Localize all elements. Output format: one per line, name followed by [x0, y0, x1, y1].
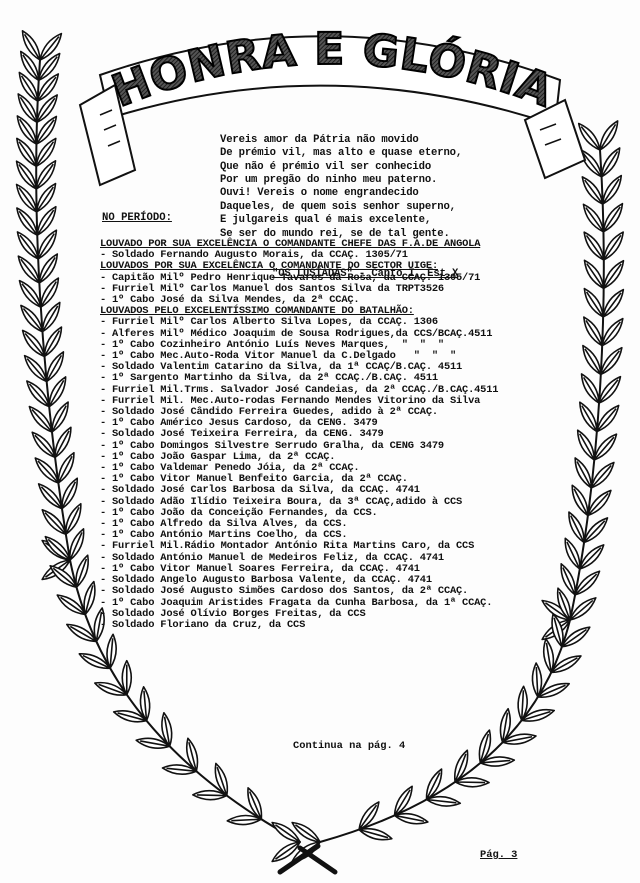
poem-line: De prémio vil, mas alto e quase eterno,	[220, 147, 462, 160]
list-item-text: Soldado Angelo Augusto Barbosa Valente, …	[112, 574, 432, 586]
list-item-text: Soldado José Cândido Ferreira Guedes, ad…	[112, 406, 438, 418]
list-item-text: 1º Cabo João Gaspar Lima, da 2ª CCAÇ.	[112, 451, 335, 463]
list-item-text: 1º Cabo Mec.Auto-Roda Vitor Manuel da C.…	[112, 350, 456, 362]
list-bullet: -	[100, 373, 112, 384]
list-item-text: 1º Cabo Joaquim Aristides Fragata da Cun…	[112, 597, 492, 609]
list-item-text: Soldado José Teixeira Ferreira, da CENG.…	[112, 428, 384, 440]
list-item-text: 1º Cabo António Martins Coelho, da CCS.	[112, 529, 347, 541]
list-bullet: -	[100, 541, 112, 552]
list-item-text: Furriel Milº Carlos Manuel dos Santos Si…	[112, 283, 444, 295]
list-item-text: 1º Cabo Alfredo da Silva Alves, da CCS.	[112, 518, 347, 530]
list-item-text: 1º Cabo Cozinheiro António Luís Neves Ma…	[112, 339, 444, 351]
list-item: -Soldado Floriano da Cruz, da CCS	[100, 620, 498, 631]
list-item-text: Soldado Floriano da Cruz, da CCS	[112, 619, 305, 631]
list-item-text: Furriel Milº Carlos Alberto Silva Lopes,…	[112, 316, 438, 328]
period-label: NO PERÍODO:	[102, 212, 172, 224]
poem-line: Ouvi! Vereis o nome engrandecido	[220, 187, 462, 200]
list-item-text: Soldado Adão Ilídio Teixeira Boura, da 3…	[112, 496, 462, 508]
laurel-leaf-icon	[596, 119, 621, 153]
commendations-list: LOUVADO POR SUA EXCELÊNCIA O COMANDANTE …	[100, 239, 498, 631]
continue-note: Continua na pág. 4	[293, 740, 405, 752]
list-item-text: 1º Sargento Martinho da Silva, da 2ª CCA…	[112, 372, 438, 384]
laurel-leaf-icon	[391, 784, 416, 818]
laurel-leaf-icon	[355, 799, 382, 832]
list-item-text: 1º Cabo Vitor Manuel Benfeito Garcia, da…	[112, 473, 408, 485]
list-bullet: -	[100, 485, 112, 496]
list-item-text: Soldado José Olívio Borges Freitas, da C…	[112, 608, 366, 620]
list-item-text: Furriel Mil.Trms. Salvador José Candeias…	[112, 384, 498, 396]
list-item-text: 1º Cabo João da Conceição Fernandes, da …	[112, 507, 378, 519]
list-item-text: 1º Cabo Américo Jesus Cardoso, da CENG. …	[112, 417, 378, 429]
list-item-text: 1º Cabo Vitor Manuel Soares Ferreira, da…	[112, 563, 420, 575]
poem-line: Por um pregão do ninho meu paterno.	[220, 174, 462, 187]
poem-line: Daqueles, de quem sois senhor superno,	[220, 201, 462, 214]
poem-line: E julgareis qual é mais excelente,	[220, 214, 462, 227]
list-item-text: Capitão Milº Pedro Henrique Tavares da R…	[112, 272, 480, 284]
list-bullet: -	[100, 429, 112, 440]
document-page: HONRA E GLÓRIA Vereis amor da Pátria não…	[0, 0, 640, 883]
list-item-text: Soldado Valentim Catarino da Silva, da 1…	[112, 361, 462, 373]
page-number: Pág. 3	[480, 849, 517, 861]
list-item-text: Soldado José Carlos Barbosa da Silva, da…	[112, 484, 420, 496]
poem-line: Que não é prémio vil ser conhecido	[220, 161, 462, 174]
poem-lines: Vereis amor da Pátria não movidoDe prémi…	[220, 134, 462, 241]
list-item-text: Soldado António Manuel de Medeiros Feliz…	[112, 552, 444, 564]
list-item-text: Furriel Mil.Rádio Montador António Rita …	[112, 540, 474, 552]
list-bullet: -	[100, 620, 112, 631]
list-item-text: 1º Cabo Domingos Silvestre Serrudo Gralh…	[112, 440, 444, 452]
poem-line: Vereis amor da Pátria não movido	[220, 134, 462, 147]
list-bullet: -	[100, 317, 112, 328]
list-bullet: -	[100, 586, 112, 597]
list-item-text: Soldado José Augusto Simões Cardoso dos …	[112, 585, 468, 597]
list-item-text: Furriel Mil. Mec.Auto-rodas Fernando Men…	[112, 395, 480, 407]
list-item-text: Alferes Milº Médico Joaquim de Sousa Rod…	[112, 328, 492, 340]
list-item-text: 1º Cabo Valdemar Penedo Jóia, da 2ª CCAÇ…	[112, 462, 359, 474]
